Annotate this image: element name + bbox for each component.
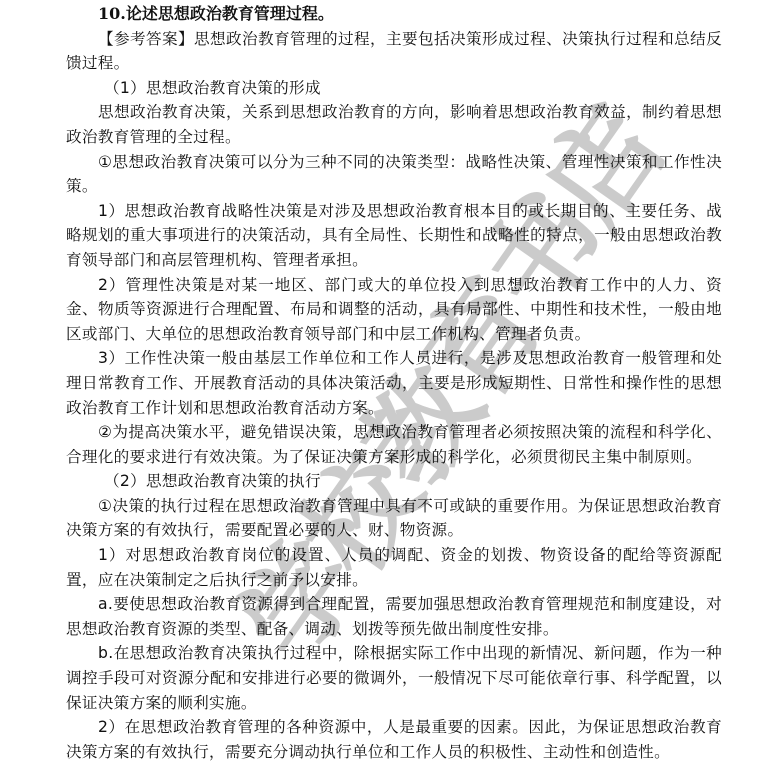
paragraph-execution-importance: ①决策的执行过程在思想政治教育管理中具有不可或缺的重要作用。为保证思想政治教育决… <box>66 494 722 543</box>
paragraph-decision-types: ①思想政治教育决策可以分为三种不同的决策类型：战略性决策、管理性决策和工作性决策… <box>66 150 722 199</box>
section-heading-execution: （2）思想政治教育决策的执行 <box>66 469 722 494</box>
paragraph-operational-decision: 3）工作性决策一般由基层工作单位和工作人员进行，是涉及思想政治教育一般管理和处理… <box>66 346 722 420</box>
paragraph-decision-overview: 思想政治教育决策，关系到思想政治教育的方向，影响着思想政治教育效益，制约着思想政… <box>66 100 722 149</box>
paragraph-decision-quality: ②为提高决策水平，避免错误决策，思想政治教育管理者必须按照决策的流程和科学化、合… <box>66 420 722 469</box>
section-heading-formation: （1）思想政治教育决策的形成 <box>66 76 722 101</box>
paragraph-resource-allocation: 1）对思想政治教育岗位的设置、人员的调配、资金的划拨、物资设备的配给等资源配置，… <box>66 543 722 592</box>
paragraph-human-factor: 2）在思想政治教育管理的各种资源中，人是最重要的因素。因此，为保证思想政治教育决… <box>66 715 722 764</box>
paragraph-point-a: a.要使思想政治教育资源得到合理配置，需要加强思想政治教育管理规范和制度建设，对… <box>66 592 722 641</box>
paragraph-managerial-decision: 2）管理性决策是对某一地区、部门或大的单位投入到思想政治教育工作中的人力、资金、… <box>66 273 722 347</box>
paragraph-strategic-decision: 1）思想政治教育战略性决策是对涉及思想政治教育根本目的或长期目的、主要任务、战略… <box>66 199 722 273</box>
paragraph-point-b: b.在思想政治教育决策执行过程中，除根据实际工作中出现的新情况、新问题，作为一种… <box>66 641 722 715</box>
document-page: 10.论述思想政治教育管理过程。 【参考答案】思想政治教育管理的过程，主要包括决… <box>66 2 722 764</box>
question-title: 10.论述思想政治教育管理过程。 <box>66 2 722 27</box>
answer-intro: 【参考答案】思想政治教育管理的过程，主要包括决策形成过程、决策执行过程和总结反馈… <box>66 27 722 76</box>
